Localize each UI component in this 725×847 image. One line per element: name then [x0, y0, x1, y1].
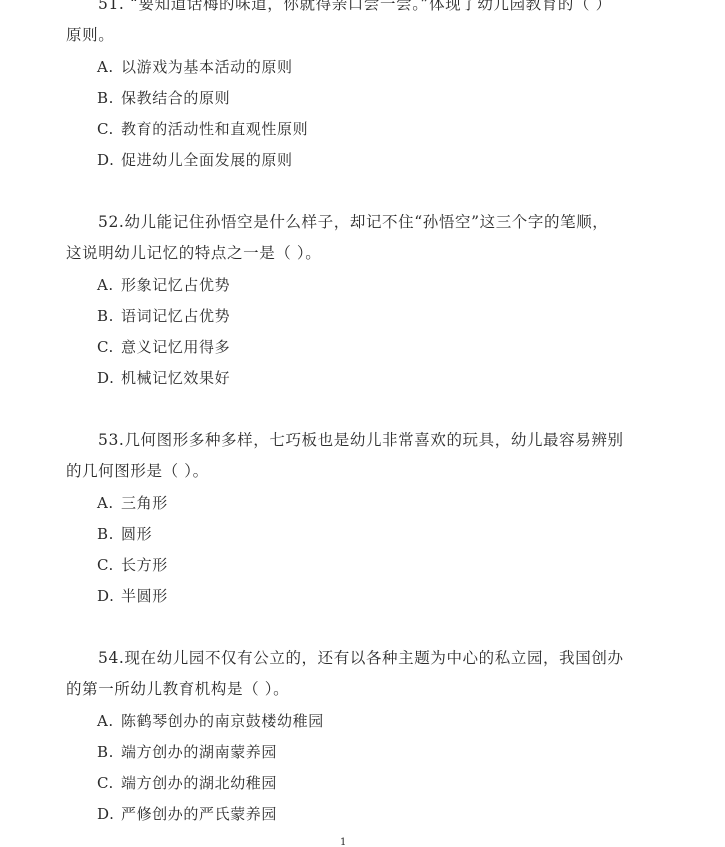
question-stem-line1: 53.几何图形多种多样，七巧板也是幼儿非常喜欢的玩具，幼儿最容易辨别 [98, 430, 624, 450]
option-d: D.半圆形 [97, 586, 168, 606]
question-stem-line2: 的第一所幼儿教育机构是（ ）。 [66, 679, 289, 699]
option-letter: B. [97, 742, 121, 762]
option-a: A.形象记忆占优势 [97, 275, 230, 295]
option-letter: C. [97, 337, 121, 357]
question-stem-line2: 的几何图形是（ ）。 [66, 461, 209, 481]
option-d: D.严修创办的严氏蒙养园 [97, 804, 277, 824]
option-text: 促进幼儿全面发展的原则 [121, 151, 293, 169]
option-text: 端方创办的湖北幼稚园 [121, 774, 277, 792]
option-letter: D. [97, 804, 121, 824]
option-letter: D. [97, 150, 121, 170]
option-text: 半圆形 [121, 587, 168, 605]
option-text: 语词记忆占优势 [121, 307, 230, 325]
option-c: C.长方形 [97, 555, 168, 575]
question-stem-line1: 54.现在幼儿园不仅有公立的，还有以各种主题为中心的私立园，我国创办 [98, 648, 624, 668]
option-text: 保教结合的原则 [121, 89, 230, 107]
question-stem-line1: 51. “要知道话梅的味道，你就得亲口尝一尝。”体现了幼儿园教育的（ ） [98, 0, 612, 14]
option-text: 严修创办的严氏蒙养园 [121, 805, 277, 823]
option-d: D.机械记忆效果好 [97, 368, 230, 388]
option-a: A.三角形 [97, 493, 168, 513]
option-letter: A. [97, 275, 121, 295]
question-stem-line2: 原则。 [66, 25, 114, 45]
question-stem-line2: 这说明幼儿记忆的特点之一是（ ）。 [66, 243, 321, 263]
option-text: 意义记忆用得多 [121, 338, 230, 356]
option-letter: B. [97, 88, 121, 108]
option-text: 形象记忆占优势 [121, 276, 230, 294]
option-letter: C. [97, 773, 121, 793]
option-b: B.圆形 [97, 524, 152, 544]
option-text: 长方形 [121, 556, 168, 574]
option-letter: D. [97, 368, 121, 388]
option-text: 圆形 [121, 525, 152, 543]
option-letter: C. [97, 555, 121, 575]
document-page: 51. “要知道话梅的味道，你就得亲口尝一尝。”体现了幼儿园教育的（ ） 原则。… [0, 0, 725, 847]
option-b: B.端方创办的湖南蒙养园 [97, 742, 277, 762]
option-c: C.端方创办的湖北幼稚园 [97, 773, 277, 793]
option-a: A.陈鹤琴创办的南京鼓楼幼稚园 [97, 711, 324, 731]
option-text: 机械记忆效果好 [121, 369, 230, 387]
option-letter: D. [97, 586, 121, 606]
option-letter: B. [97, 524, 121, 544]
option-text: 陈鹤琴创办的南京鼓楼幼稚园 [121, 712, 324, 730]
option-d: D.促进幼儿全面发展的原则 [97, 150, 293, 170]
option-b: B.语词记忆占优势 [97, 306, 230, 326]
option-a: A.以游戏为基本活动的原则 [97, 57, 293, 77]
option-letter: A. [97, 57, 121, 77]
option-text: 端方创办的湖南蒙养园 [121, 743, 277, 761]
option-b: B.保教结合的原则 [97, 88, 230, 108]
option-letter: A. [97, 711, 121, 731]
option-letter: A. [97, 493, 121, 513]
option-text: 以游戏为基本活动的原则 [121, 58, 293, 76]
option-text: 三角形 [121, 494, 168, 512]
page-number: 1 [340, 838, 346, 847]
option-text: 教育的活动性和直观性原则 [121, 120, 308, 138]
option-letter: C. [97, 119, 121, 139]
option-c: C.教育的活动性和直观性原则 [97, 119, 308, 139]
option-c: C.意义记忆用得多 [97, 337, 230, 357]
question-stem-line1: 52.幼儿能记住孙悟空是什么样子，却记不住“孙悟空”这三个字的笔顺， [98, 212, 608, 232]
option-letter: B. [97, 306, 121, 326]
